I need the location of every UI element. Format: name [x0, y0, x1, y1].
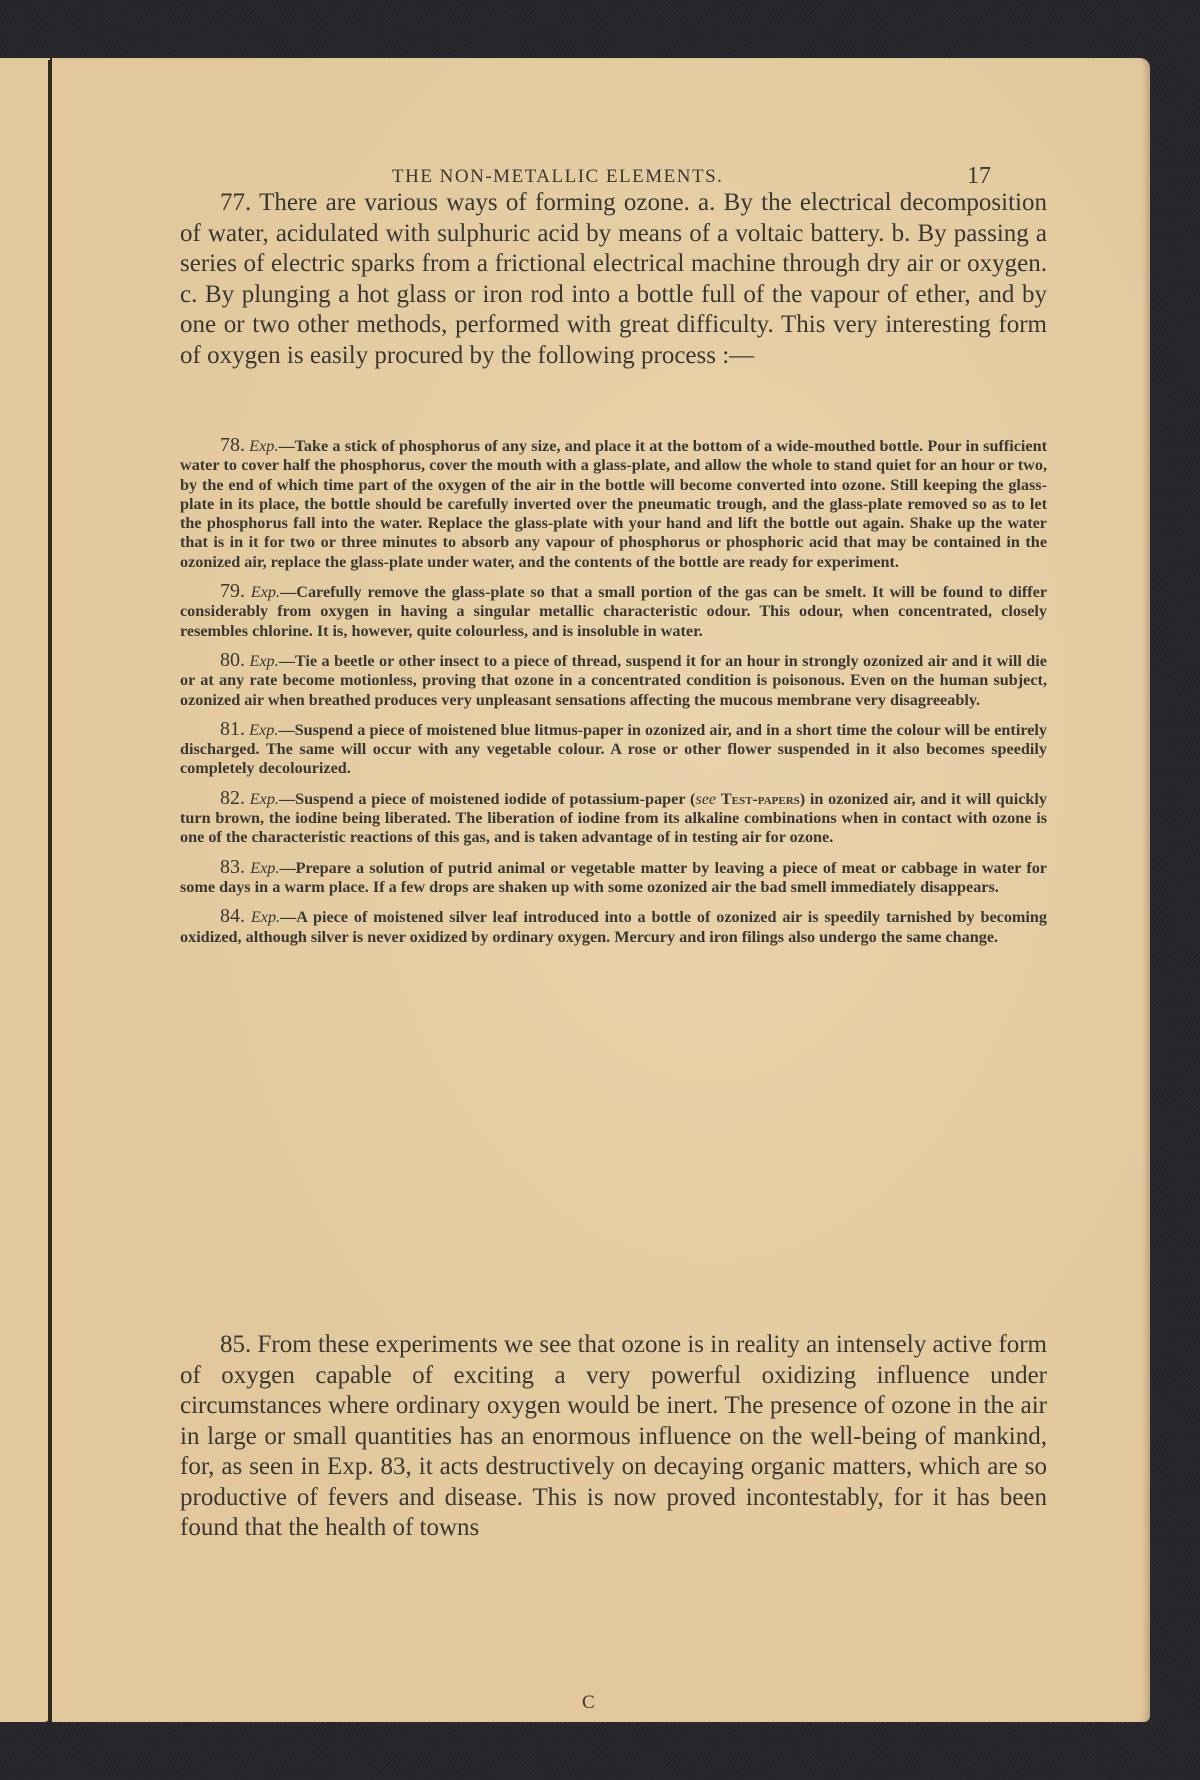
paragraph-77: 77. There are various ways of forming oz…	[180, 188, 1047, 371]
page-number: 17	[967, 163, 991, 190]
experiment-80: 80. Exp.—Tie a beetle or other insect to…	[180, 651, 1047, 710]
left-page-edge	[0, 58, 50, 1722]
experiment-79: 79. Exp.—Carefully remove the glass-plat…	[180, 582, 1047, 641]
book-page: THE NON-METALLIC ELEMENTS. 17 77. There …	[52, 58, 1150, 1722]
paragraph-85-text: 85. From these experiments we see that o…	[180, 1330, 1047, 1544]
experiment-82: 82. Exp.—Suspend a piece of moistened io…	[180, 789, 1047, 848]
experiments-block: 78. Exp.—Take a stick of phosphorus of a…	[180, 436, 1047, 947]
experiment-78: 78. Exp.—Take a stick of phosphorus of a…	[180, 436, 1047, 572]
experiment-81: 81. Exp.—Suspend a piece of moistened bl…	[180, 720, 1047, 779]
signature-mark: C	[582, 1692, 595, 1714]
page-header: THE NON-METALLIC ELEMENTS. 17	[52, 166, 1150, 190]
experiment-83: 83. Exp.—Prepare a solution of putrid an…	[180, 858, 1047, 898]
paragraph-77-text: 77. There are various ways of forming oz…	[180, 188, 1047, 371]
running-title: THE NON-METALLIC ELEMENTS.	[392, 166, 723, 188]
cross-reference: Test-papers	[721, 790, 800, 808]
experiment-84: 84. Exp.—A piece of moistened silver lea…	[180, 907, 1047, 947]
paragraph-85: 85. From these experiments we see that o…	[180, 1330, 1047, 1544]
